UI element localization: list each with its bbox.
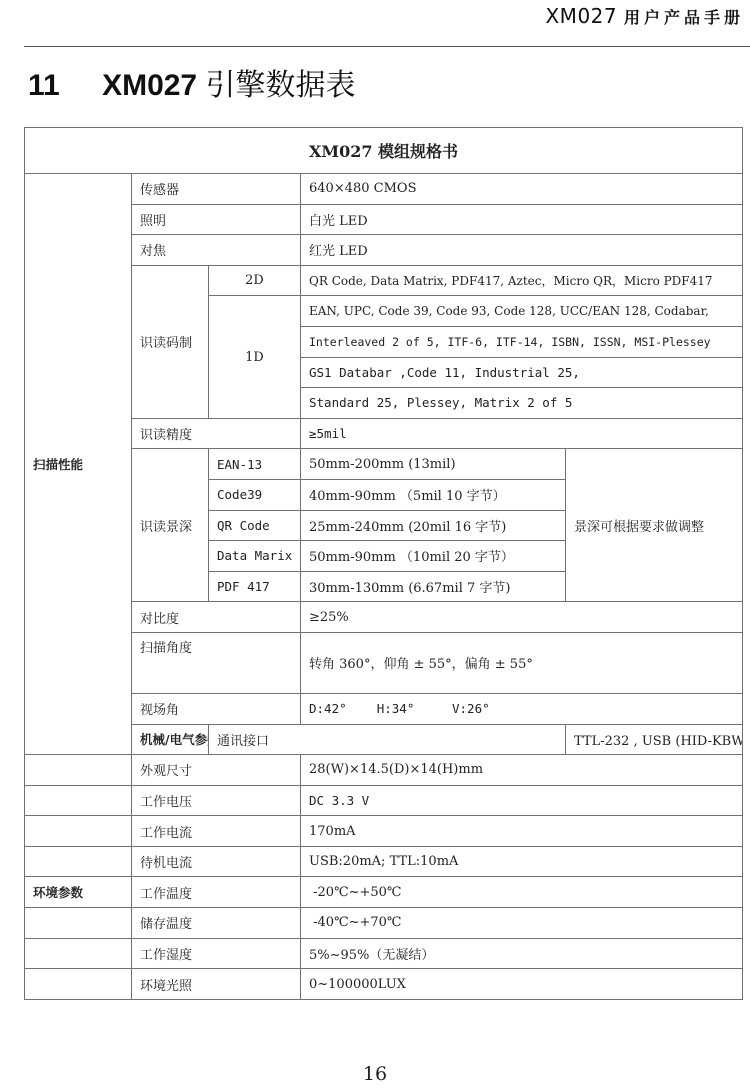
category-empty bbox=[25, 969, 132, 1000]
running-header: XM027 用户产品手册 bbox=[545, 4, 744, 28]
dof-code: QR Code bbox=[209, 510, 301, 541]
page-number: 16 bbox=[0, 1063, 750, 1085]
table-row: 对比度 ≥25% bbox=[25, 602, 743, 633]
row-label: 外观尺寸 bbox=[132, 755, 301, 786]
section-number: 11 bbox=[28, 69, 60, 102]
row-value: -40℃~+70℃ bbox=[301, 908, 743, 939]
row-value-1d-line: Interleaved 2 of 5, ITF-6, ITF-14, ISBN,… bbox=[301, 326, 743, 357]
running-header-title: 用户产品手册 bbox=[624, 8, 744, 27]
row-value: TTL-232 , USB (HID-KBW、虚拟串口) bbox=[566, 724, 743, 755]
sub-label-2d: 2D bbox=[209, 265, 301, 296]
dof-code: Code39 bbox=[209, 479, 301, 510]
table-row: 对焦 红光 LED bbox=[25, 235, 743, 266]
row-value: 5%~95%（无凝结） bbox=[301, 938, 743, 969]
row-value: 640×480 CMOS bbox=[301, 174, 743, 205]
category-empty bbox=[25, 908, 132, 939]
row-value: -20℃~+50℃ bbox=[301, 877, 743, 908]
category-empty bbox=[25, 785, 132, 816]
table-row: 工作电压 DC 3.3 V bbox=[25, 785, 743, 816]
row-value-1d-line: Standard 25, Plessey, Matrix 2 of 5 bbox=[301, 388, 743, 419]
category-empty bbox=[25, 816, 132, 847]
category-empty bbox=[25, 846, 132, 877]
section-title-en: XM027 bbox=[102, 69, 197, 102]
section-title-cn: 引擎数据表 bbox=[205, 68, 355, 103]
table-title-row: XM027 模组规格书 bbox=[25, 128, 743, 174]
row-label: 照明 bbox=[132, 204, 301, 235]
table-row: 机械/电气参数 通讯接口 TTL-232 , USB (HID-KBW、虚拟串口… bbox=[25, 724, 743, 755]
header-rule bbox=[24, 46, 750, 47]
row-label: 工作电流 bbox=[132, 816, 301, 847]
category-mech: 机械/电气参数 bbox=[132, 724, 209, 755]
row-value-2d: QR Code, Data Matrix, PDF417, Aztec，Micr… bbox=[301, 265, 743, 296]
row-value: USB:20mA; TTL:10mA bbox=[301, 846, 743, 877]
row-label: 工作电压 bbox=[132, 785, 301, 816]
dof-value: 25mm-240mm (20mil 16 字节) bbox=[301, 510, 566, 541]
row-value: 0~100000LUX bbox=[301, 969, 743, 1000]
dof-value: 50mm-200mm (13mil) bbox=[301, 449, 566, 480]
row-label: 对比度 bbox=[132, 602, 301, 633]
table-row: 外观尺寸 28(W)×14.5(D)×14(H)mm bbox=[25, 755, 743, 786]
row-label-depth-of-field: 识读景深 bbox=[132, 449, 209, 602]
table-row: 扫描角度 转角 360°，仰角 ± 55°，偏角 ± 55° bbox=[25, 632, 743, 693]
table-row: 环境参数 工作温度 -20℃~+50℃ bbox=[25, 877, 743, 908]
row-value: 红光 LED bbox=[301, 235, 743, 266]
dof-code: PDF 417 bbox=[209, 571, 301, 602]
spec-table: XM027 模组规格书 扫描性能 传感器 640×480 CMOS 照明 白光 … bbox=[24, 127, 743, 1000]
row-value: 转角 360°，仰角 ± 55°，偏角 ± 55° bbox=[301, 632, 743, 693]
table-row: 识读景深 EAN-13 50mm-200mm (13mil) 景深可根据要求做调… bbox=[25, 449, 743, 480]
table-row: 工作电流 170mA bbox=[25, 816, 743, 847]
table-row: 扫描性能 传感器 640×480 CMOS bbox=[25, 174, 743, 205]
row-label: 通讯接口 bbox=[209, 724, 566, 755]
row-label: 待机电流 bbox=[132, 846, 301, 877]
table-row: 识读精度 ≥5mil bbox=[25, 418, 743, 449]
dof-value: 40mm-90mm （5mil 10 字节） bbox=[301, 479, 566, 510]
dof-value: 50mm-90mm （10mil 20 字节） bbox=[301, 541, 566, 572]
dof-value: 30mm-130mm (6.67mil 7 字节) bbox=[301, 571, 566, 602]
sub-label-1d: 1D bbox=[209, 296, 301, 418]
row-label: 扫描角度 bbox=[132, 632, 301, 693]
table-row: 环境光照 0~100000LUX bbox=[25, 969, 743, 1000]
category-scan: 扫描性能 bbox=[25, 174, 132, 755]
row-value: 170mA bbox=[301, 816, 743, 847]
row-value: 28(W)×14.5(D)×14(H)mm bbox=[301, 755, 743, 786]
row-label: 传感器 bbox=[132, 174, 301, 205]
row-value-1d-line: GS1 Databar ,Code 11, Industrial 25, bbox=[301, 357, 743, 388]
row-label: 工作温度 bbox=[132, 877, 301, 908]
table-row: 识读码制 2D QR Code, Data Matrix, PDF417, Az… bbox=[25, 265, 743, 296]
section-title: 11 XM027 引擎数据表 bbox=[28, 60, 355, 104]
dof-code: Data Marix bbox=[209, 541, 301, 572]
table-row: 视场角 D:42° H:34° V:26° bbox=[25, 693, 743, 724]
row-label: 对焦 bbox=[132, 235, 301, 266]
table-row: 待机电流 USB:20mA; TTL:10mA bbox=[25, 846, 743, 877]
row-label: 视场角 bbox=[132, 693, 301, 724]
category-env: 环境参数 bbox=[25, 877, 132, 908]
row-value: D:42° H:34° V:26° bbox=[301, 693, 743, 724]
table-row: 工作湿度 5%~95%（无凝结） bbox=[25, 938, 743, 969]
category-empty bbox=[25, 755, 132, 786]
table-row: 照明 白光 LED bbox=[25, 204, 743, 235]
dof-note: 景深可根据要求做调整 bbox=[566, 449, 743, 602]
row-value: DC 3.3 V bbox=[301, 785, 743, 816]
row-label: 环境光照 bbox=[132, 969, 301, 1000]
category-empty bbox=[25, 938, 132, 969]
running-header-product: XM027 bbox=[545, 4, 617, 28]
row-value: ≥5mil bbox=[301, 418, 743, 449]
row-value: 白光 LED bbox=[301, 204, 743, 235]
row-label: 储存温度 bbox=[132, 908, 301, 939]
dof-code: EAN-13 bbox=[209, 449, 301, 480]
row-label: 工作湿度 bbox=[132, 938, 301, 969]
row-label: 识读精度 bbox=[132, 418, 301, 449]
row-value: ≥25% bbox=[301, 602, 743, 633]
table-title: XM027 模组规格书 bbox=[25, 128, 743, 174]
table-row: 储存温度 -40℃~+70℃ bbox=[25, 908, 743, 939]
row-label-symbologies: 识读码制 bbox=[132, 265, 209, 418]
row-value-1d-line: EAN, UPC, Code 39, Code 93, Code 128, UC… bbox=[301, 296, 743, 327]
